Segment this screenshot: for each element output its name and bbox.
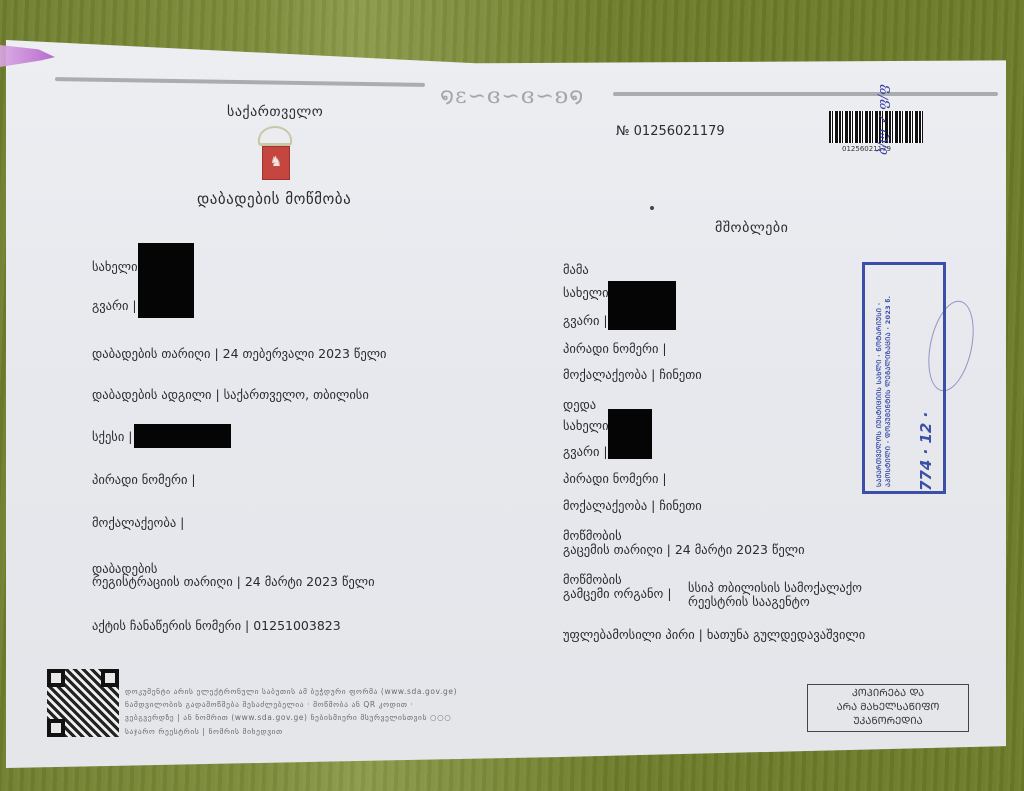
fine-print-line-4: საჯარო რეესტრის | ნომრის მიხედვით	[125, 727, 283, 736]
document-title: დაბადების მოწმობა	[197, 190, 351, 208]
handwritten-note: ბ/ლ ✓ ფ/ფ	[876, 84, 891, 155]
father-surname-label: გვარი |	[563, 313, 608, 328]
notice-line-2: ᲐᲠᲐ ᲛᲐᲮᲔᲚᲡᲐᲬᲘᲤᲝ	[808, 701, 968, 715]
saint-george-icon: ♞	[268, 152, 284, 172]
record-number: აქტის ჩანაწერის ნომერი | 01251003823	[92, 618, 341, 633]
notice-line-3: ᲣᲙᲐᲜᲝᲠᲔᲓᲘᲐ	[808, 715, 968, 729]
father-citizenship: მოქალაქეობა | ჩინეთი	[563, 367, 702, 382]
father-name-label: სახელი	[563, 285, 609, 300]
redacted-child-sex	[134, 424, 231, 448]
issue-date-label: მოწმობის	[563, 528, 622, 543]
child-name-label: სახელი	[92, 259, 138, 274]
child-personal-number: პირადი ნომერი |	[92, 472, 196, 487]
mother-citizenship: მოქალაქეობა | ჩინეთი	[563, 498, 702, 513]
certificate-number: № 01256021179	[616, 124, 725, 139]
copy-notice-box: ᲙᲝᲞᲘᲠᲔᲑᲐ ᲓᲐ ᲐᲠᲐ ᲛᲐᲮᲔᲚᲡᲐᲬᲘᲤᲝ ᲣᲙᲐᲜᲝᲠᲔᲓᲘᲐ	[807, 684, 969, 732]
father-heading: მამა	[563, 262, 589, 277]
coat-of-arms-icon: ♞	[262, 146, 290, 180]
stamp-text: ᲡᲐᲥᲐᲠᲗᲕᲔᲚᲝᲡ ᲘᲣᲡᲢᲘᲪᲘᲘᲡ ᲡᲐᲮᲚᲘ · ᲜᲝᲢᲐᲠᲘᲣᲡᲘ …	[875, 267, 893, 487]
parents-heading: მშობლები	[715, 220, 788, 236]
authority-value: სსიპ თბილისის სამოქალაქო	[688, 580, 862, 595]
registration-date: რეგისტრაციის თარიღი | 24 მარტი 2023 წელი	[92, 574, 375, 589]
mother-heading: დედა	[563, 397, 596, 412]
header-rule-right	[613, 92, 998, 96]
redacted-child-name	[138, 243, 194, 318]
mother-name-label: სახელი	[563, 418, 609, 433]
authority-label: მოწმობის	[563, 572, 622, 587]
crown-icon	[258, 126, 292, 146]
qr-code[interactable]	[47, 669, 119, 737]
child-birth-place: დაბადების ადგილი | საქართველო, თბილისი	[92, 387, 369, 402]
child-surname-label: გვარი |	[92, 298, 137, 313]
redacted-mother-name	[608, 409, 652, 459]
notice-line-1: ᲙᲝᲞᲘᲠᲔᲑᲐ ᲓᲐ	[808, 687, 968, 701]
issue-date: გაცემის თარიღი | 24 მარტი 2023 წელი	[563, 542, 805, 557]
authority-label-2: გამცემი ორგანო |	[563, 586, 672, 601]
fine-print-line-3: ვებგვერდზე | ან ნომრით (www.sda.gov.ge) …	[125, 713, 451, 722]
stamp-number: 774 · 12 ·	[917, 412, 935, 491]
father-personal-number: პირადი ნომერი |	[563, 341, 667, 356]
mother-surname-label: გვარი |	[563, 444, 608, 459]
country-title: საქართველო	[227, 104, 323, 120]
mother-personal-number: პირადი ნომერი |	[563, 471, 667, 486]
authority-value-2: რეესტრის სააგენტო	[688, 594, 810, 609]
fine-print-line-2: ნამდვილობის გადამოწმება შესაძლებელია · მ…	[125, 700, 413, 709]
child-birth-date: დაბადების თარიღი | 24 თებერვალი 2023 წელ…	[92, 346, 387, 361]
redacted-father-name	[608, 281, 676, 330]
child-citizenship: მოქალაქეობა |	[92, 515, 184, 530]
child-sex-label: სქესი |	[92, 429, 132, 444]
header-ornament-icon: ໑ɛ∽ɞ∽ɞ∽ʚ໑	[440, 84, 584, 109]
ink-dot	[650, 206, 654, 210]
fine-print-line-1: დოკუმენტი არის ელექტრონული საბუთის ამ ბე…	[125, 687, 457, 696]
authorized-person: უფლებამოსილი პირი | ხათუნა გულდედავაშვილ…	[563, 627, 865, 642]
